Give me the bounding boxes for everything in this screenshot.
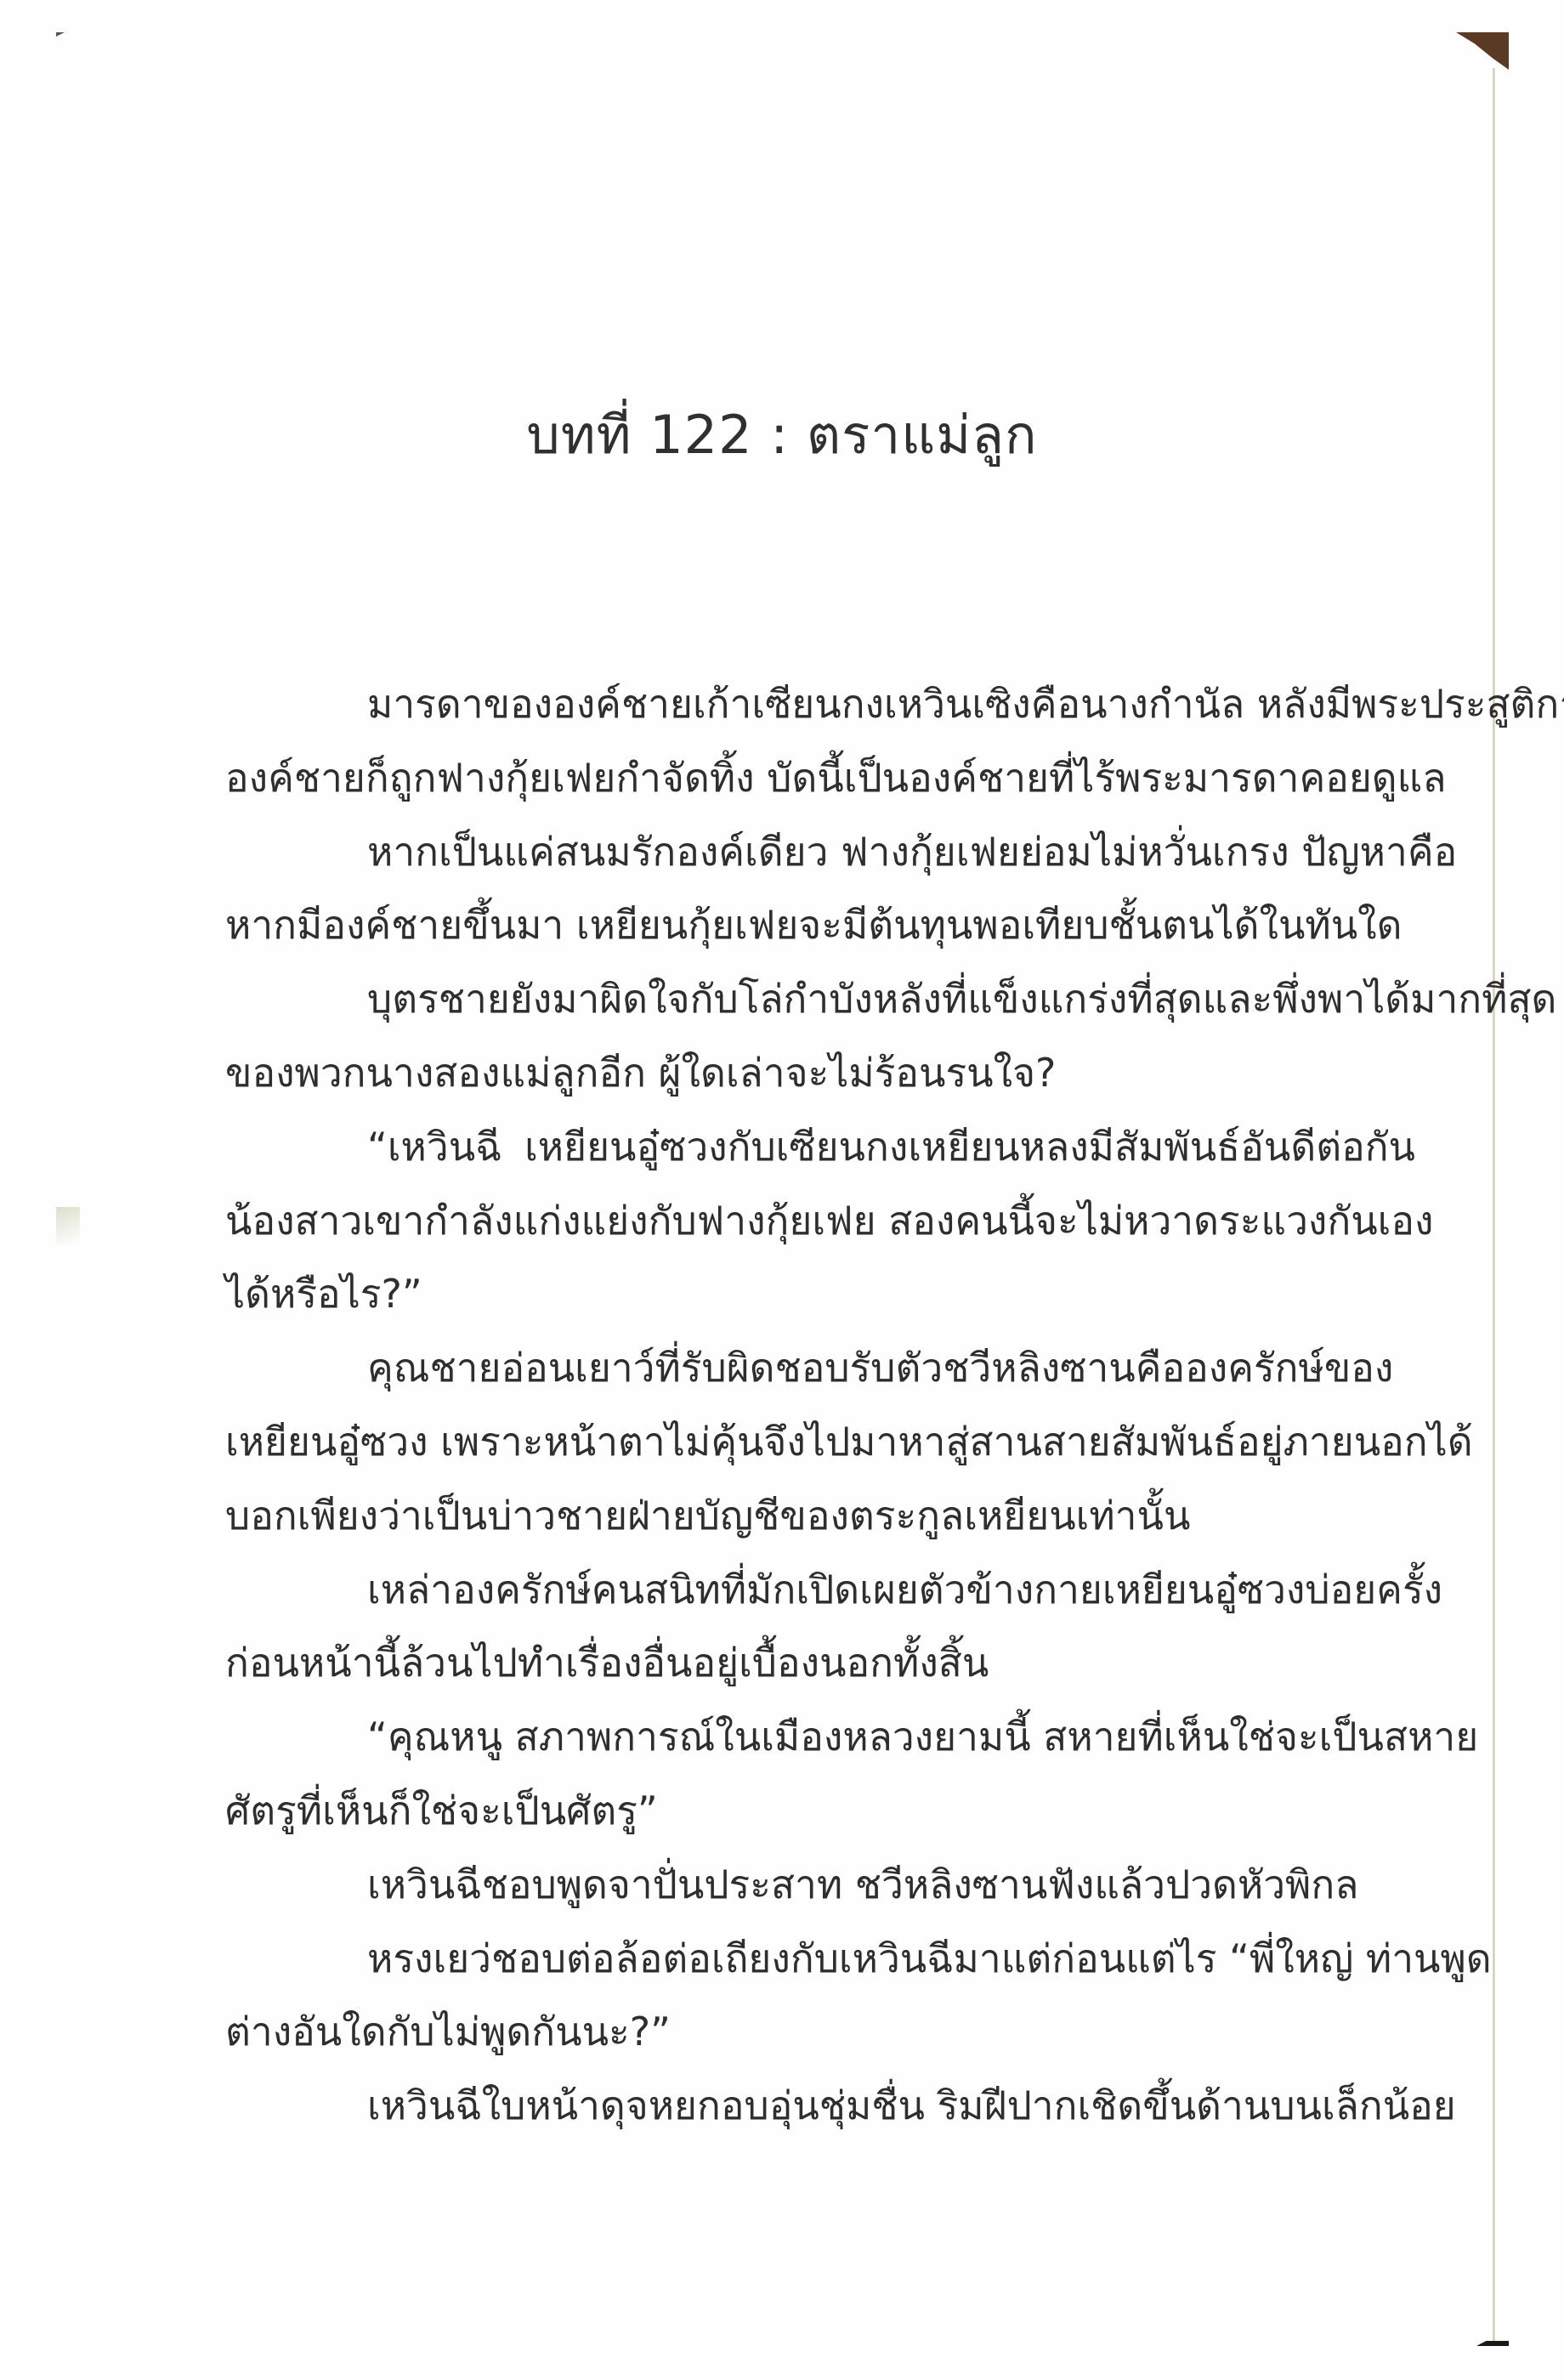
text-line: ของพวกนางสองแม่ลูกอีก ผู้ใดเล่าจะไม่ร้อน… (225, 1036, 1415, 1110)
text-line: เหวินฉีใบหน้าดุจหยกอบอุ่นชุ่มชื่น ริมฝีป… (225, 2069, 1415, 2143)
text-line: บอกเพียงว่าเป็นบ่าวชายฝ่ายบัญชีของตระกูล… (225, 1479, 1415, 1553)
text-line: องค์ชายก็ถูกฟางกุ้ยเฟยกำจัดทิ้ง บัดนี้เป… (225, 741, 1415, 815)
text-line: ต่างอันใดกับไม่พูดกันนะ?” (225, 1995, 1415, 2069)
scan-smudge (56, 1207, 80, 1244)
text-line: คุณชายอ่อนเยาว์ที่รับผิดชอบรับตัวชวีหลิง… (225, 1331, 1415, 1405)
page-corner-bottom (1476, 2341, 1509, 2346)
text-line: เหยียนอู๋ซวง เพราะหน้าตาไม่คุ้นจึงไปมาหา… (225, 1405, 1415, 1479)
text-line: “เหวินฉี เหยียนอู๋ซวงกับเซียนกงเหยียนหลง… (225, 1110, 1415, 1184)
chapter-body: มารดาขององค์ชายเก้าเซียนกงเหวินเซิงคือนา… (225, 667, 1415, 2143)
text-line: ก่อนหน้านี้ล้วนไปทำเรื่องอื่นอยู่เบื้องน… (225, 1626, 1415, 1700)
text-line: น้องสาวเขากำลังแก่งแย่งกับฟางกุ้ยเฟย สอง… (225, 1184, 1415, 1258)
book-page: บทที่ 122 : ตราแม่ลูก มารดาขององค์ชายเก้… (0, 0, 1564, 2380)
page-corner-shadow (1456, 32, 1509, 70)
text-line: เหวินฉีชอบพูดจาปั่นประสาท ชวีหลิงซานฟังแ… (225, 1848, 1415, 1922)
chapter-title: บทที่ 122 : ตราแม่ลูก (0, 393, 1564, 478)
text-line: มารดาขององค์ชายเก้าเซียนกงเหวินเซิงคือนา… (225, 667, 1415, 741)
text-line: “คุณหนู สภาพการณ์ในเมืองหลวงยามนี้ สหายท… (225, 1700, 1415, 1774)
text-line: หากเป็นแค่สนมรักองค์เดียว ฟางกุ้ยเฟยย่อม… (225, 815, 1415, 889)
text-line: หากมีองค์ชายขึ้นมา เหยียนกุ้ยเฟยจะมีต้นท… (225, 888, 1415, 962)
scan-speck (56, 32, 65, 37)
text-line: เหล่าองครักษ์คนสนิทที่มักเปิดเผยตัวข้างก… (225, 1553, 1415, 1627)
text-line: หรงเยว่ชอบต่อล้อต่อเถียงกับเหวินฉีมาแต่ก… (225, 1922, 1415, 1996)
text-line: ศัตรูที่เห็นก็ใช่จะเป็นศัตรู” (225, 1774, 1415, 1848)
text-line: บุตรชายยังมาผิดใจกับโล่กำบังหลังที่แข็งแ… (225, 962, 1415, 1036)
text-line: ได้หรือไร?” (225, 1257, 1415, 1331)
